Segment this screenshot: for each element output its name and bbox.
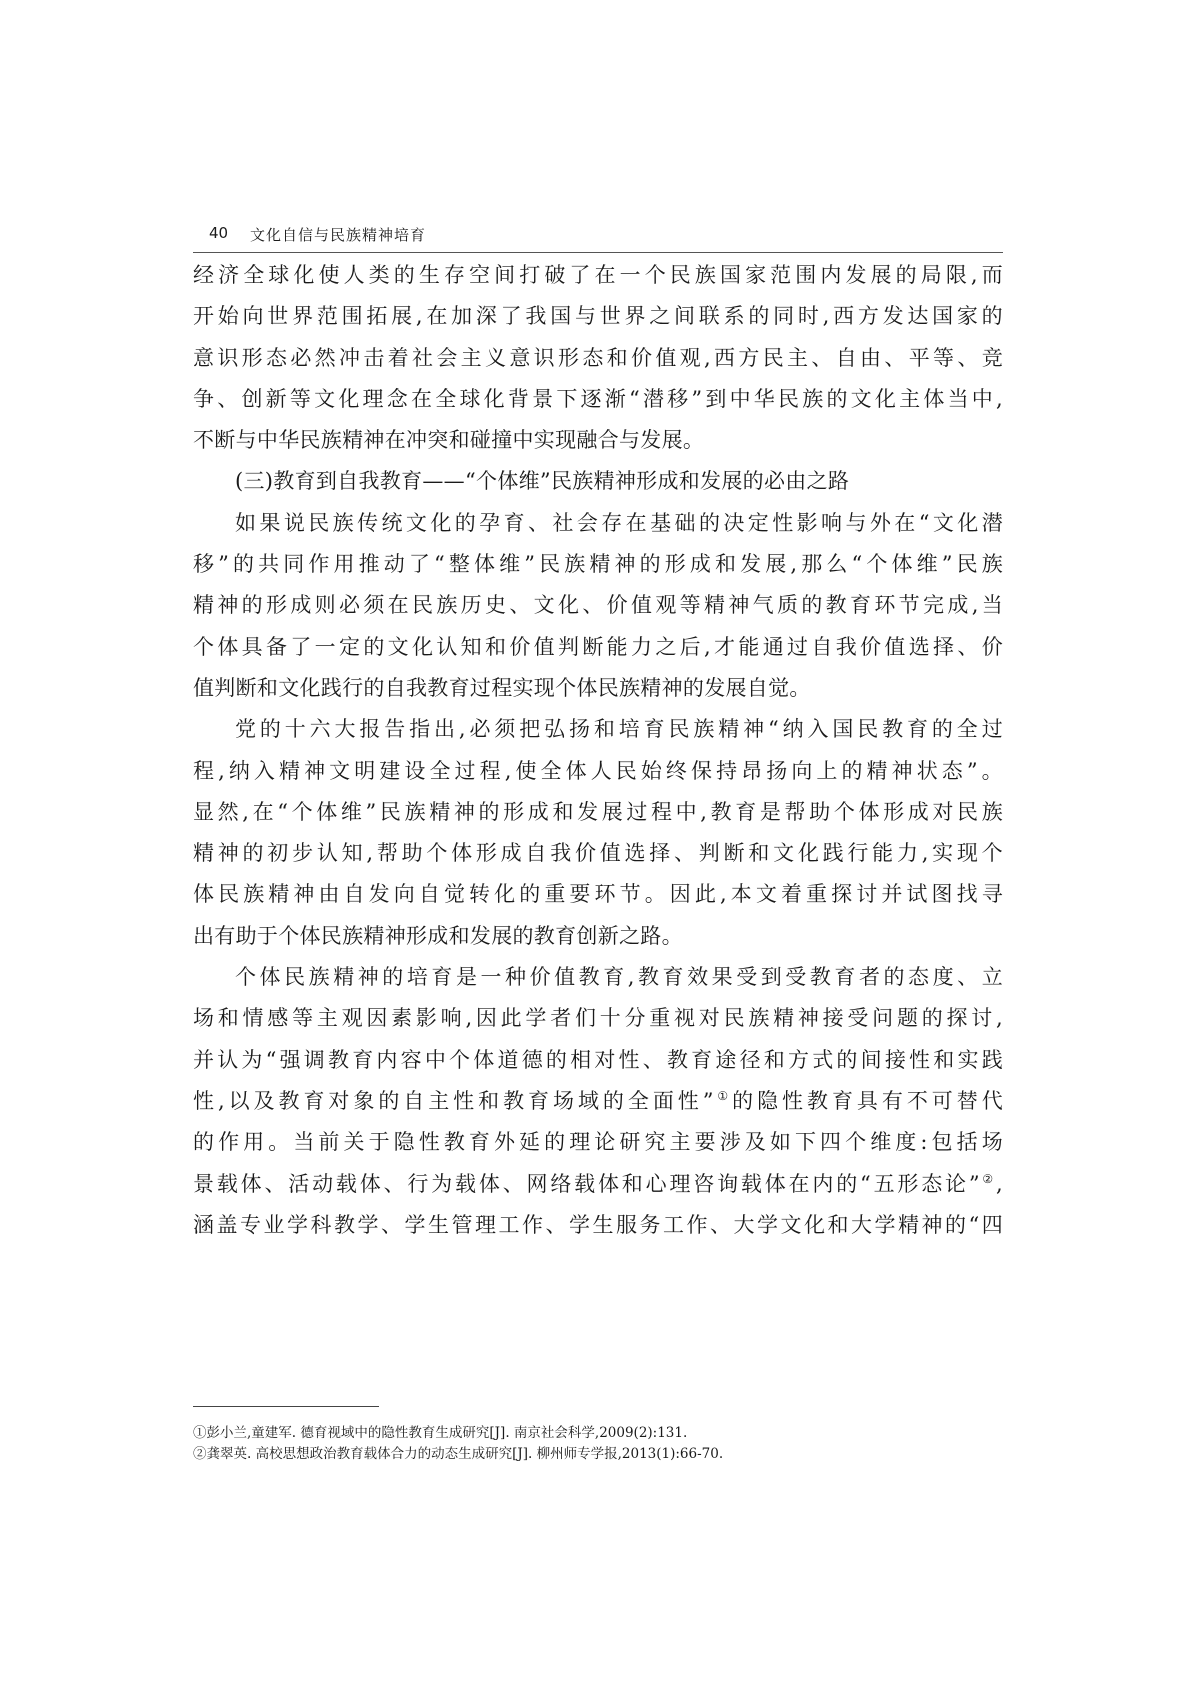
text-line: 开始向世界范围拓展,在加深了我国与世界之间联系的同时,西方发达国家的 <box>193 296 1003 337</box>
section-heading: (三)教育到自我教育——“个体维”民族精神形成和发展的必由之路 <box>193 461 1003 502</box>
footnote-text: 彭小兰,童建军. 德育视域中的隐性教育生成研究[J]. 南京社会科学,2009(… <box>207 1425 688 1441</box>
text-line: 并认为“强调教育内容中个体道德的相对性、教育途径和方式的间接性和实践 <box>193 1040 1003 1081</box>
footnote-reference-1[interactable]: ① <box>714 1089 732 1103</box>
text-span: , <box>996 1172 1003 1196</box>
footnote-marker: ① <box>193 1425 207 1441</box>
text-line: 值判断和文化践行的自我教育过程实现个体民族精神的发展自觉。 <box>193 668 1003 709</box>
book-page: 40 文化自信与民族精神培育 经济全球化使人类的生存空间打破了在一个民族国家范围… <box>193 0 1003 1684</box>
text-line: 精神的初步认知,帮助个体形成自我价值选择、判断和文化践行能力,实现个 <box>193 833 1003 874</box>
text-line: 场和情感等主观因素影响,因此学者们十分重视对民族精神接受问题的探讨, <box>193 998 1003 1039</box>
text-line: 景载体、活动载体、行为载体、网络载体和心理咨询载体在内的“五形态论”②, <box>193 1164 1003 1205</box>
footnote-reference-2[interactable]: ② <box>980 1172 996 1186</box>
text-line: 显然,在“个体维”民族精神的形成和发展过程中,教育是帮助个体形成对民族 <box>193 792 1003 833</box>
text-line: 不断与中华民族精神在冲突和碰撞中实现融合与发展。 <box>193 420 1003 461</box>
paragraph-first-line: 党的十六大报告指出,必须把弘扬和培育民族精神“纳入国民教育的全过 <box>193 709 1003 750</box>
text-line: 程,纳入精神文明建设全过程,使全体人民始终保持昂扬向上的精神状态”。 <box>193 751 1003 792</box>
footnote-2: ②龚翠英. 高校思想政治教育载体合力的动态生成研究[J]. 柳州师专学报,201… <box>193 1444 1003 1465</box>
footnotes: ①彭小兰,童建军. 德育视域中的隐性教育生成研究[J]. 南京社会科学,2009… <box>193 1423 1003 1465</box>
text-span: 性,以及教育对象的自主性和教育场域的全面性” <box>193 1089 714 1113</box>
paragraph-first-line: 个体民族精神的培育是一种价值教育,教育效果受到受教育者的态度、立 <box>193 957 1003 998</box>
text-line: 出有助于个体民族精神形成和发展的教育创新之路。 <box>193 916 1003 957</box>
text-line: 体民族精神由自发向自觉转化的重要环节。因此,本文着重探讨并试图找寻 <box>193 874 1003 915</box>
text-line: 精神的形成则必须在民族历史、文化、价值观等精神气质的教育环节完成,当 <box>193 585 1003 626</box>
text-span: 的隐性教育具有不可替代 <box>732 1089 1003 1113</box>
text-line: 争、创新等文化理念在全球化背景下逐渐“潜移”到中华民族的文化主体当中, <box>193 379 1003 420</box>
footnote-marker: ② <box>193 1446 207 1462</box>
text-line: 移”的共同作用推动了“整体维”民族精神的形成和发展,那么“个体维”民族 <box>193 544 1003 585</box>
running-header: 40 文化自信与民族精神培育 <box>193 216 1003 253</box>
page-number: 40 <box>209 224 228 242</box>
text-line: 涵盖专业学科教学、学生管理工作、学生服务工作、大学文化和大学精神的“四 <box>193 1205 1003 1246</box>
footnote-divider <box>193 1406 379 1407</box>
body-text: 经济全球化使人类的生存空间打破了在一个民族国家范围内发展的局限,而 开始向世界范… <box>193 255 1003 1246</box>
footnote-1: ①彭小兰,童建军. 德育视域中的隐性教育生成研究[J]. 南京社会科学,2009… <box>193 1423 1003 1444</box>
book-title: 文化自信与民族精神培育 <box>250 224 426 245</box>
text-line: 意识形态必然冲击着社会主义意识形态和价值观,西方民主、自由、平等、竞 <box>193 338 1003 379</box>
text-line: 个体具备了一定的文化认知和价值判断能力之后,才能通过自我价值选择、价 <box>193 627 1003 668</box>
text-line: 的作用。当前关于隐性教育外延的理论研究主要涉及如下四个维度:包括场 <box>193 1122 1003 1163</box>
text-span: 景载体、活动载体、行为载体、网络载体和心理咨询载体在内的“五形态论” <box>193 1172 980 1196</box>
text-line: 性,以及教育对象的自主性和教育场域的全面性”①的隐性教育具有不可替代 <box>193 1081 1003 1122</box>
footnote-text: 龚翠英. 高校思想政治教育载体合力的动态生成研究[J]. 柳州师专学报,2013… <box>207 1446 724 1462</box>
paragraph-first-line: 如果说民族传统文化的孕育、社会存在基础的决定性影响与外在“文化潜 <box>193 503 1003 544</box>
text-line: 经济全球化使人类的生存空间打破了在一个民族国家范围内发展的局限,而 <box>193 255 1003 296</box>
